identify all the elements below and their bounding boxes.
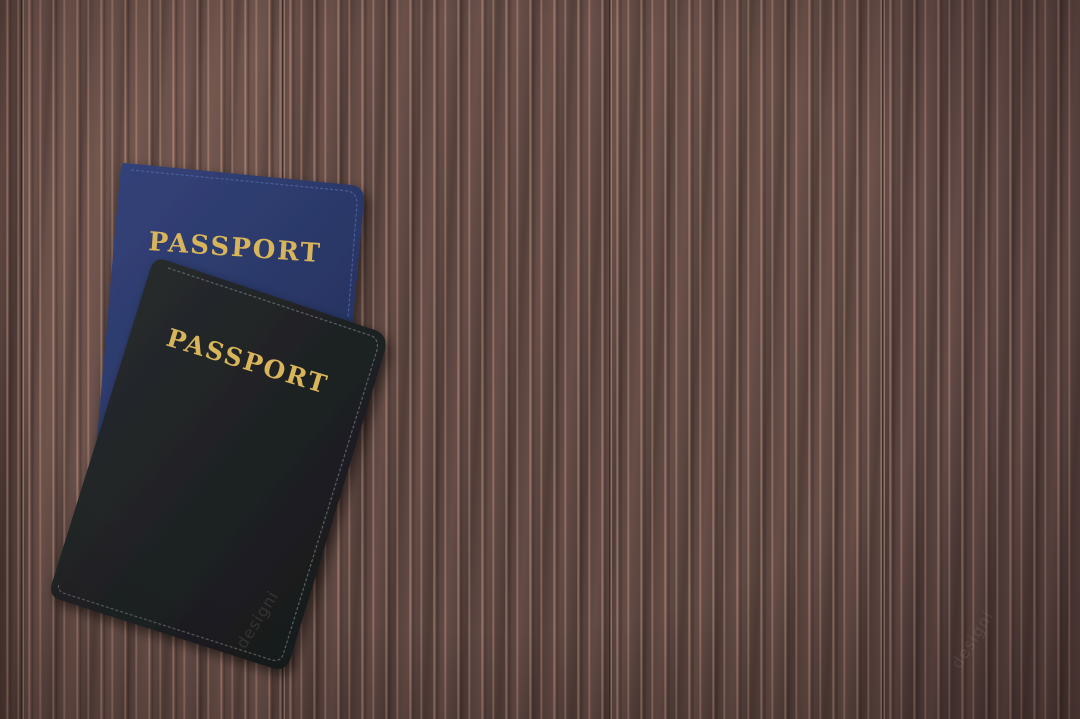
photo-scene: PASSPORT PASSPORT designi designi — [0, 0, 1080, 719]
black-passport: PASSPORT — [51, 259, 386, 669]
passports-illustration: PASSPORT PASSPORT — [0, 0, 1080, 719]
